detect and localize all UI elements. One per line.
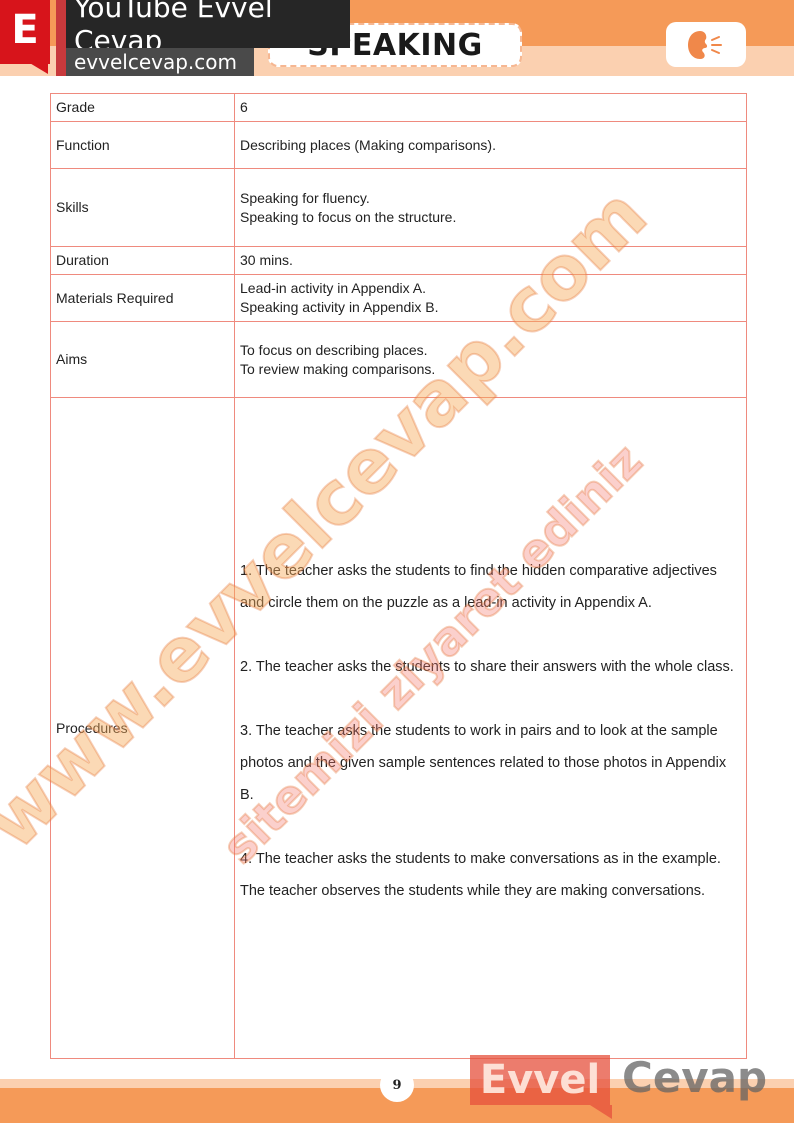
watermark-divider — [56, 0, 66, 76]
value-line: Speaking to focus on the structure. — [240, 208, 741, 227]
row-value: To focus on describing places. To review… — [235, 322, 747, 398]
row-label: Aims — [51, 322, 235, 398]
procedure-step: 2. The teacher asks the students to shar… — [240, 651, 741, 683]
row-label: Duration — [51, 247, 235, 275]
table-row: Aims To focus on describing places. To r… — [51, 322, 747, 398]
row-value: 6 — [235, 94, 747, 122]
logo-tail — [28, 62, 48, 74]
procedure-steps: 1. The teacher asks the students to find… — [240, 549, 741, 907]
row-value: Lead-in activity in Appendix A. Speaking… — [235, 275, 747, 322]
watermark-site: evvelcevap.com — [66, 48, 254, 76]
footer-brand-box: Evvel — [470, 1055, 610, 1105]
lesson-plan-table: Grade 6 Function Describing places (Maki… — [50, 93, 747, 1059]
watermark-channel: YouTube Evvel Cevap — [66, 0, 350, 48]
page-number: 9 — [380, 1068, 414, 1102]
table-row: Grade 6 — [51, 94, 747, 122]
row-label: Procedures — [51, 398, 235, 1059]
value-line: Lead-in activity in Appendix A. — [240, 279, 741, 298]
value-line: Speaking for fluency. — [240, 189, 741, 208]
value-line: Speaking activity in Appendix B. — [240, 298, 741, 317]
value-line: To focus on describing places. — [240, 341, 741, 360]
row-label: Grade — [51, 94, 235, 122]
footer-brand-left: Evvel — [480, 1057, 600, 1103]
logo-letter: E — [11, 0, 38, 60]
table-row: Function Describing places (Making compa… — [51, 122, 747, 169]
row-label: Function — [51, 122, 235, 169]
row-value: Describing places (Making comparisons). — [235, 122, 747, 169]
table-row-procedures: Procedures 1. The teacher asks the stude… — [51, 398, 747, 1059]
speaking-head-icon — [684, 28, 728, 62]
section-icon-badge — [666, 22, 746, 67]
evvel-logo: E — [0, 0, 50, 64]
footer-brand-right: Cevap — [622, 1053, 767, 1102]
procedure-step: 3. The teacher asks the students to work… — [240, 715, 741, 811]
table-row: Skills Speaking for fluency. Speaking to… — [51, 169, 747, 247]
footer-brand-tail — [590, 1105, 612, 1119]
table-row: Materials Required Lead-in activity in A… — [51, 275, 747, 322]
table-row: Duration 30 mins. — [51, 247, 747, 275]
row-value: 30 mins. — [235, 247, 747, 275]
procedures-value: 1. The teacher asks the students to find… — [235, 398, 747, 1059]
procedure-step: 1. The teacher asks the students to find… — [240, 555, 741, 619]
value-line: To review making comparisons. — [240, 360, 741, 379]
row-label: Materials Required — [51, 275, 235, 322]
row-value: Speaking for fluency. Speaking to focus … — [235, 169, 747, 247]
site-text: evvelcevap.com — [74, 50, 237, 74]
row-label: Skills — [51, 169, 235, 247]
procedure-step: 4. The teacher asks the students to make… — [240, 843, 741, 907]
